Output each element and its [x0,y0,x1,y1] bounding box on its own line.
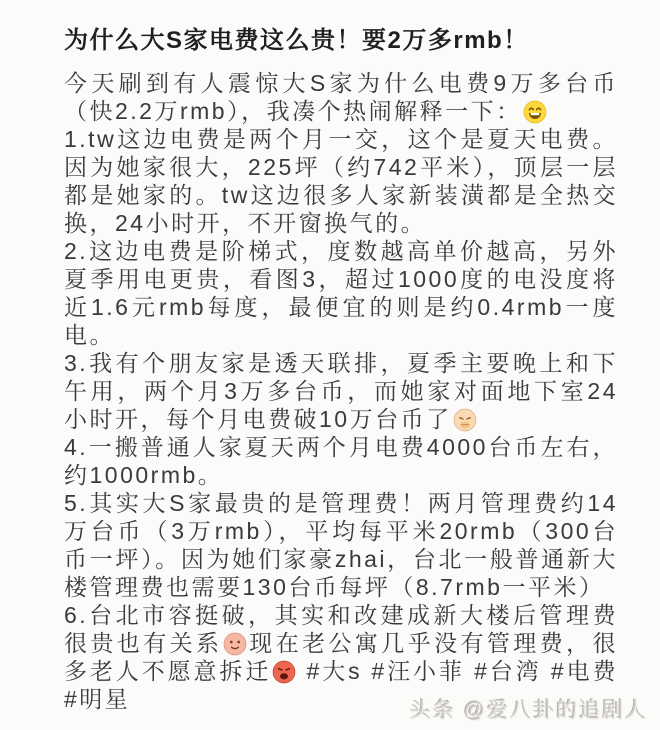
post-screenshot: 为什么大S家电费这么贵！要2万多rmb！ 今天刷到有人震惊大S家为什么电费9万多… [0,0,660,730]
watermark: 头条 @爱八卦的追剧人 [410,694,648,724]
post-item-1: 1.tw这边电费是两个月一交，这个是夏天电费。因为她家很大，225坪（约742平… [64,125,618,237]
item-2-text: 2.这边电费是阶梯式，度数越高单价越高，另外夏季用电更贵，看图3，超过1000度… [64,238,618,348]
post-item-5: 5.其实大S家最贵的是管理费！两月管理费约14万台币（3万rmb），平均每平米2… [64,489,618,601]
watermark-text: 头条 @爱八卦的追剧人 [410,699,648,722]
post-item-3: 3.我有个朋友家是透天联排，夏季主要晚上和下午用，两个月3万多台币，而她家对面地… [64,349,618,433]
post-body: 今天刷到有人震惊大S家为什么电费9万多台币（快2.2万rmb），我凑个热闹解释一… [64,69,618,713]
post-item-4: 4.一搬普通人家夏天两个月电费4000台币左右，约1000rmb。 [64,433,618,489]
post-title: 为什么大S家电费这么贵！要2万多rmb！ [64,26,618,56]
item-5-text: 5.其实大S家最贵的是管理费！两月管理费约14万台币（3万rmb），平均每平米2… [64,490,618,600]
item-3-text: 3.我有个朋友家是透天联排，夏季主要晚上和下午用，两个月3万多台币，而她家对面地… [64,350,618,432]
grinning-face-emoji [523,100,547,124]
item-1-text: 1.tw这边电费是两个月一交，这个是夏天电费。因为她家很大，225坪（约742平… [64,126,618,236]
facepalm-face-emoji [453,408,477,432]
item-4-text: 4.一搬普通人家夏天两个月电费4000台币左右，约1000rmb。 [64,434,618,488]
post-intro: 今天刷到有人震惊大S家为什么电费9万多台币（快2.2万rmb），我凑个热闹解释一… [64,69,618,125]
flushed-face-emoji [223,632,247,656]
crying-face-emoji [272,660,296,684]
post-item-2: 2.这边电费是阶梯式，度数越高单价越高，另外夏季用电更贵，看图3，超过1000度… [64,237,618,349]
